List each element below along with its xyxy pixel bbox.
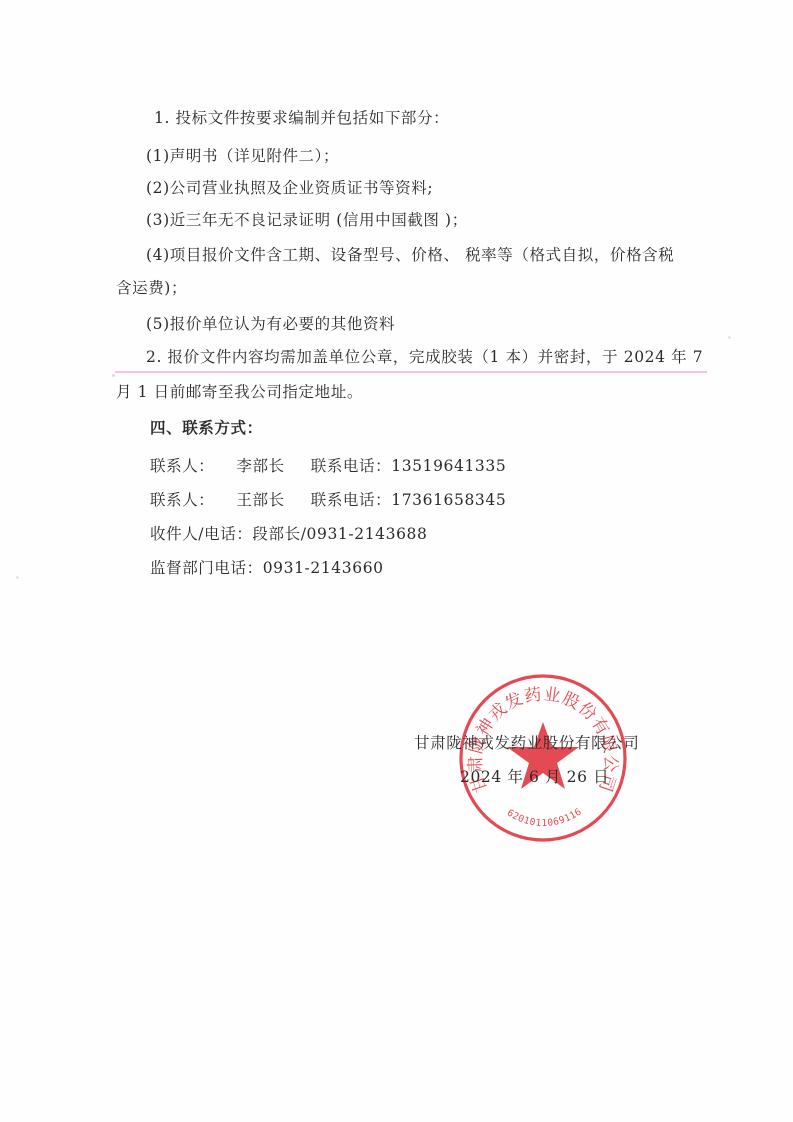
svg-text:6201011069116: 6201011069116 xyxy=(505,806,584,829)
document-page: 1. 投标文件按要求编制并包括如下部分： (1)声明书（详见附件二）； (2)公… xyxy=(0,0,793,1122)
scan-artifact xyxy=(16,576,19,579)
company-name: 甘肃陇神戎发药业股份有限公司 xyxy=(414,733,639,753)
requirement-item-4-line-1: (4)项目报价文件含工期、设备型号、价格、 税率等（格式自拟，价格含税 xyxy=(146,245,674,265)
supervision-line: 监督部门电话：0931-2143660 xyxy=(150,558,384,578)
contact-phone: 13519641335 xyxy=(391,457,506,475)
contact-row-1: 联系人：李部长联系电话：13519641335 xyxy=(150,456,506,476)
requirement-item-3: (3)近三年无不良记录证明 (信用中国截图 )； xyxy=(146,210,468,230)
contact-label: 联系人： xyxy=(150,457,214,475)
divider-line xyxy=(115,371,707,373)
requirements-heading: 1. 投标文件按要求编制并包括如下部分： xyxy=(154,108,449,128)
requirement-item-5: (5)报价单位认为有必要的其他资料 xyxy=(146,314,395,334)
contact-label: 联系人： xyxy=(150,491,214,509)
contact-name: 李部长 xyxy=(236,457,284,475)
contact-row-2: 联系人：王部长联系电话：17361658345 xyxy=(150,490,506,510)
signature-date: 2024 年 6 月 26 日 xyxy=(460,767,609,787)
requirement-2-line-2: 月 1 日前邮寄至我公司指定地址。 xyxy=(116,382,363,402)
contact-name: 王部长 xyxy=(236,491,284,509)
contact-phone-label: 联系电话： xyxy=(311,491,392,509)
contact-phone: 17361658345 xyxy=(391,491,506,509)
requirement-item-2: (2)公司营业执照及企业资质证书等资料; xyxy=(146,178,433,198)
scan-artifact xyxy=(728,336,731,339)
contact-heading: 四、联系方式： xyxy=(150,418,263,438)
requirement-item-4-line-2: 含运费)； xyxy=(116,278,187,298)
recipient-line: 收件人/电话：段部长/0931-2143688 xyxy=(150,524,427,544)
contact-phone-label: 联系电话： xyxy=(311,457,392,475)
company-seal-icon: 甘肃陇神戎发药业股份有限公司 6201011069116 xyxy=(455,672,631,848)
scan-artifact xyxy=(112,374,115,377)
requirement-2-line-1: 2. 报价文件内容均需加盖单位公章，完成胶装（1 本）并密封，于 2024 年 … xyxy=(146,347,703,367)
requirement-item-1: (1)声明书（详见附件二）； xyxy=(146,146,339,166)
